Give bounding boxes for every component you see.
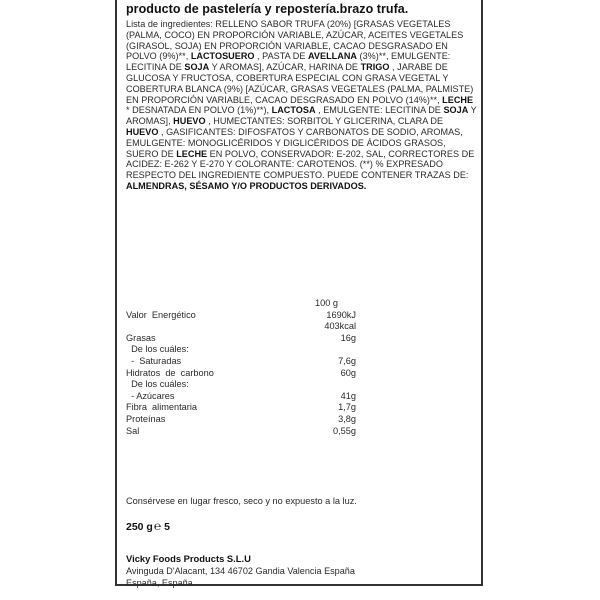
storage-instructions: Consérvese en lugar fresco, seco y no ex… xyxy=(126,496,357,506)
nutrition-row: Grasas16g xyxy=(126,333,386,345)
company-country: España, España xyxy=(126,578,193,588)
nutrition-row: Fibra alimentaria1,7g xyxy=(126,402,386,414)
nutrition-header-row: 100 g xyxy=(126,298,386,310)
allergen-text: HUEVO xyxy=(126,127,158,137)
product-label: producto de pastelería y repostería.braz… xyxy=(115,0,483,586)
allergen-text: LECHE xyxy=(176,149,207,159)
nutrient-value: 16g xyxy=(341,333,356,345)
allergen-text: HUEVO xyxy=(173,116,205,126)
nutrient-label: De los cuáles: xyxy=(126,344,189,356)
allergen-text: AVELLANA xyxy=(308,51,357,61)
nutrition-row: De los cuáles: xyxy=(126,379,386,391)
nutrient-value: 60g xyxy=(341,368,356,380)
nutrition-column-header: 100 g xyxy=(315,298,338,310)
nutrient-value: 3,8g xyxy=(338,414,356,426)
nutrient-label: Sal xyxy=(126,426,139,438)
ingredient-text: , HUMECTANTES: SORBITOL Y GLICERINA, CLA… xyxy=(206,116,443,126)
nutrient-label: - Azúcares xyxy=(126,391,175,403)
estimated-sign-icon: ℮ xyxy=(154,519,161,533)
nutrient-label: Fibra alimentaria xyxy=(126,402,197,414)
nutrient-label: Grasas xyxy=(126,333,156,345)
nutrient-value: 1690kJ xyxy=(326,310,356,322)
ingredients-list: Lista de ingredientes: RELLENO SABOR TRU… xyxy=(126,19,478,192)
nutrient-value: 7,6g xyxy=(338,356,356,368)
nutrition-row: Sal0,55g xyxy=(126,426,386,438)
allergen-text: ALMENDRAS, SÉSAMO Y/O PRODUCTOS DERIVADO… xyxy=(126,181,366,191)
net-weight-amount: 250 g xyxy=(126,521,153,533)
nutrition-row: De los cuáles: xyxy=(126,344,386,356)
nutrition-row: Proteínas3,8g xyxy=(126,414,386,426)
allergen-text: LACTOSA xyxy=(272,105,316,115)
company-name: Vicky Foods Products S.L.U xyxy=(126,553,251,564)
net-weight: 250 g℮5 xyxy=(126,519,170,533)
ingredient-text: Y AROMAS], AZÚCAR, HARINA DE xyxy=(209,62,360,72)
unit-count: 5 xyxy=(164,521,170,533)
ingredient-text: , PASTA DE xyxy=(255,51,308,61)
nutrition-row: - Saturadas7,6g xyxy=(126,356,386,368)
nutrient-value: 41g xyxy=(341,391,356,403)
nutrient-value: 0,55g xyxy=(333,426,356,438)
nutrition-row: - Azúcares41g xyxy=(126,391,386,403)
nutrient-value: 1,7g xyxy=(338,402,356,414)
nutrition-row: Hidratos de carbono60g xyxy=(126,368,386,380)
allergen-text: LACTOSUERO xyxy=(191,51,255,61)
nutrition-row: Valor Energético1690kJ xyxy=(126,310,386,322)
company-address: Avinguda D'Alacant, 134 46702 Gandia Val… xyxy=(126,566,355,576)
allergen-text: LECHE xyxy=(442,95,473,105)
nutrient-label: Proteínas xyxy=(126,414,165,426)
product-title: producto de pastelería y repostería.braz… xyxy=(126,2,408,16)
allergen-text: SOJA xyxy=(184,62,209,72)
nutrient-label: De los cuáles: xyxy=(126,379,189,391)
nutrition-table: 100 g Valor Energético1690kJ403kcalGrasa… xyxy=(126,298,386,437)
allergen-text: TRIGO xyxy=(361,62,390,72)
ingredient-text: , EMULGENTE: LECITINA DE xyxy=(316,105,444,115)
ingredient-text: * DESNATADA EN POLVO (1%)**), xyxy=(126,105,272,115)
allergen-text: SOJA xyxy=(443,105,468,115)
nutrient-label: Valor Energético xyxy=(126,310,196,322)
nutrition-row: 403kcal xyxy=(126,321,386,333)
nutrient-label: - Saturadas xyxy=(126,356,181,368)
nutrient-value: 403kcal xyxy=(324,321,356,333)
nutrient-label: Hidratos de carbono xyxy=(126,368,214,380)
